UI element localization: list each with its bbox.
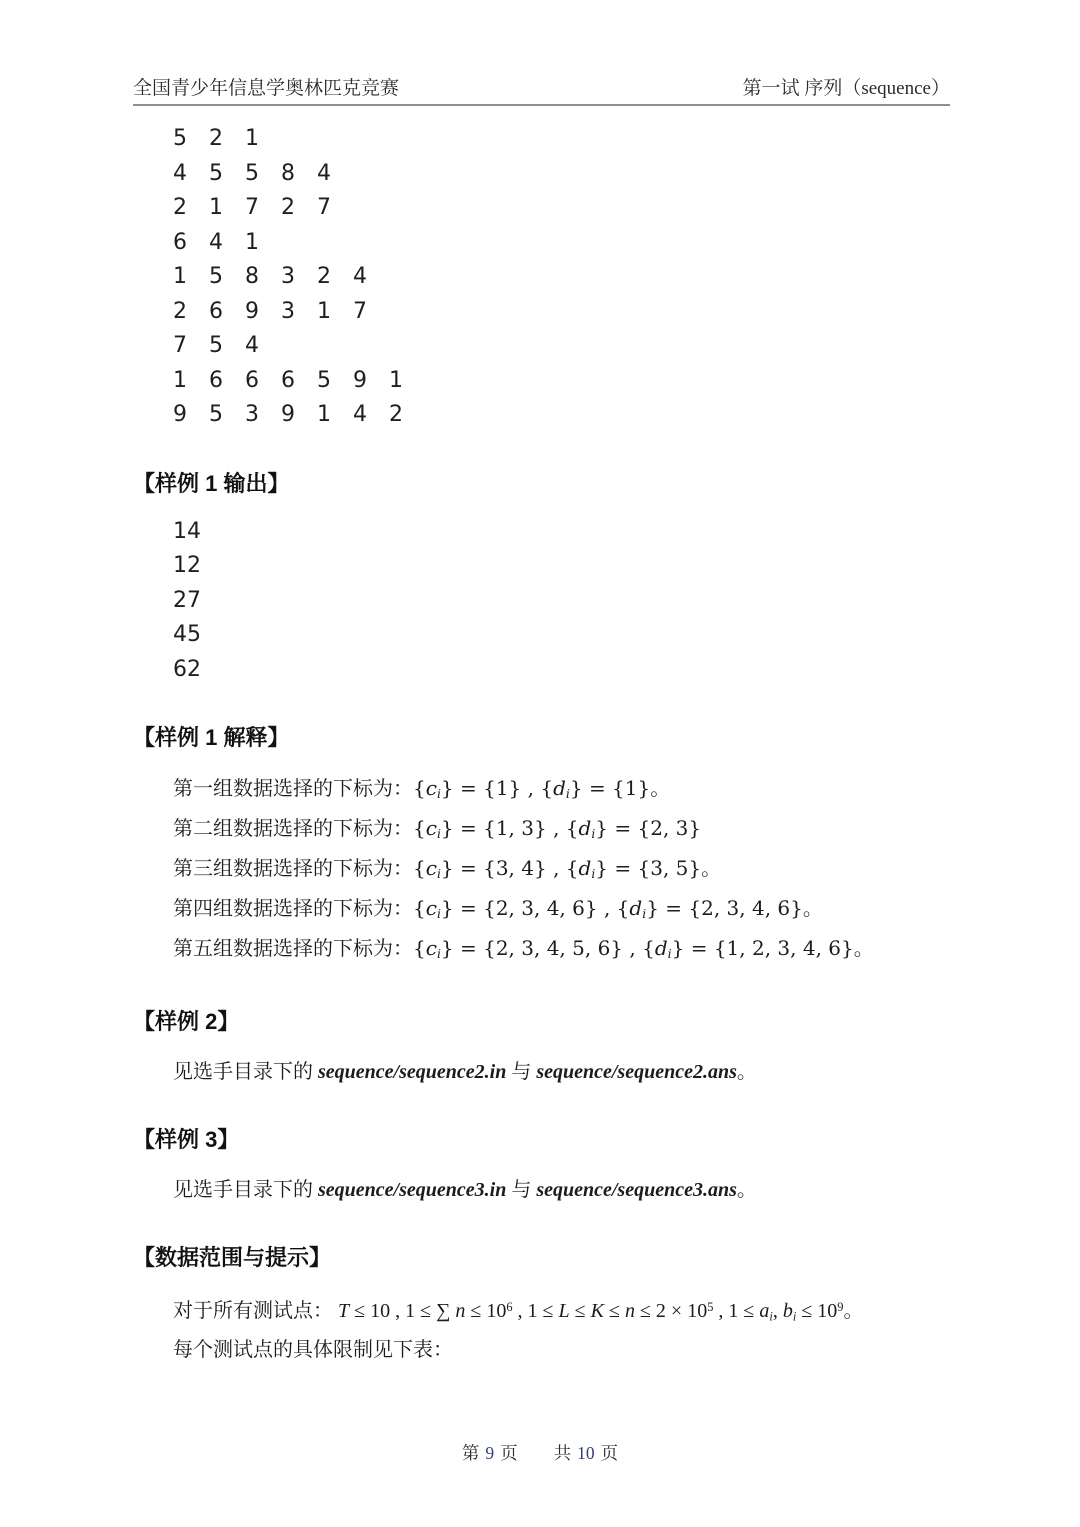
sample1-output-heading: 【样例 1 输出】 (133, 469, 950, 499)
data-range-heading: 【数据范围与提示】 (133, 1243, 950, 1273)
header-problem-title: 第一试 序列（sequence） (743, 78, 950, 100)
explain-line: 第一组数据选择的下标为：{ci} = {1} , {di} = {1}。 (173, 771, 950, 811)
explain-prefix: 第三组数据选择的下标为： (173, 858, 413, 880)
sample-input-line: 1 5 8 3 2 4 (173, 260, 950, 295)
page-unit: 页 (500, 1443, 518, 1463)
explain-line: 第二组数据选择的下标为：{ci} = {1, 3} , {di} = {2, 3… (173, 811, 950, 851)
sample-output-line: 14 (173, 515, 950, 550)
page-number-total: 共10页 (554, 1441, 619, 1465)
total-label: 共 (554, 1443, 572, 1463)
total-unit: 页 (601, 1443, 619, 1463)
explain-math: {ci} = {2, 3, 4, 5, 6} , {di} = {1, 2, 3… (413, 936, 874, 960)
sample-input-line: 2 1 7 2 7 (173, 191, 950, 226)
sample-input-line: 1 6 6 6 5 9 1 (173, 364, 950, 399)
explain-prefix: 第一组数据选择的下标为： (173, 778, 413, 800)
document-page: 全国青少年信息学奥林匹克竞赛 第一试 序列（sequence） 5 2 1 4 … (0, 0, 1080, 1527)
sample1-explain-block: 第一组数据选择的下标为：{ci} = {1} , {di} = {1}。 第二组… (173, 771, 950, 971)
explain-math: {ci} = {3, 4} , {di} = {3, 5}。 (413, 856, 721, 880)
total-number: 10 (577, 1443, 595, 1463)
explain-math: {ci} = {1} , {di} = {1}。 (413, 776, 670, 800)
sample-input-block: 5 2 1 4 5 5 8 4 2 1 7 2 7 6 4 1 1 5 8 3 … (173, 122, 950, 433)
data-range-formula: 对于所有测试点： T ≤ 10 , 1 ≤ ∑ n ≤ 106 , 1 ≤ L … (173, 1291, 950, 1333)
sample2-heading: 【样例 2】 (133, 1007, 950, 1037)
sample-output-line: 12 (173, 549, 950, 584)
sample-output-line: 62 (173, 653, 950, 688)
sample-input-line: 4 5 5 8 4 (173, 157, 950, 192)
explain-math: {ci} = {2, 3, 4, 6} , {di} = {2, 3, 4, 6… (413, 896, 823, 920)
sample-output-line: 45 (173, 618, 950, 653)
sample3-heading: 【样例 3】 (133, 1125, 950, 1155)
header-rule (133, 104, 950, 106)
explain-prefix: 第四组数据选择的下标为： (173, 898, 413, 920)
sample-input-line: 5 2 1 (173, 122, 950, 157)
sample-output-line: 27 (173, 584, 950, 619)
sample2-description: 见选手目录下的 sequence/sequence2.in 与 sequence… (173, 1057, 950, 1087)
page-content: 全国青少年信息学奥林匹克竞赛 第一试 序列（sequence） 5 2 1 4 … (0, 0, 1080, 1367)
sample1-output-block: 14 12 27 45 62 (173, 515, 950, 688)
sample3-description: 见选手目录下的 sequence/sequence3.in 与 sequence… (173, 1175, 950, 1205)
sample1-explain-heading: 【样例 1 解释】 (133, 723, 950, 753)
page-header: 全国青少年信息学奥林匹克竞赛 第一试 序列（sequence） (133, 0, 950, 100)
sample-input-line: 6 4 1 (173, 226, 950, 261)
sample-input-line: 7 5 4 (173, 329, 950, 364)
explain-line: 第三组数据选择的下标为：{ci} = {3, 4} , {di} = {3, 5… (173, 851, 950, 891)
explain-line: 第四组数据选择的下标为：{ci} = {2, 3, 4, 6} , {di} =… (173, 891, 950, 931)
page-label: 第 (462, 1443, 480, 1463)
sample-input-line: 9 5 3 9 1 4 2 (173, 398, 950, 433)
explain-prefix: 第二组数据选择的下标为： (173, 818, 413, 840)
page-number-current: 第9页 (462, 1441, 518, 1465)
page-footer: 第9页共10页 (0, 1441, 1080, 1465)
explain-line: 第五组数据选择的下标为：{ci} = {2, 3, 4, 5, 6} , {di… (173, 931, 950, 971)
explain-math: {ci} = {1, 3} , {di} = {2, 3} (413, 816, 701, 840)
page-number: 9 (485, 1443, 494, 1463)
explain-prefix: 第五组数据选择的下标为： (173, 938, 413, 960)
header-contest-title: 全国青少年信息学奥林匹克竞赛 (133, 78, 399, 100)
data-range-note: 每个测试点的具体限制见下表： (173, 1334, 950, 1367)
sample-input-line: 2 6 9 3 1 7 (173, 295, 950, 330)
